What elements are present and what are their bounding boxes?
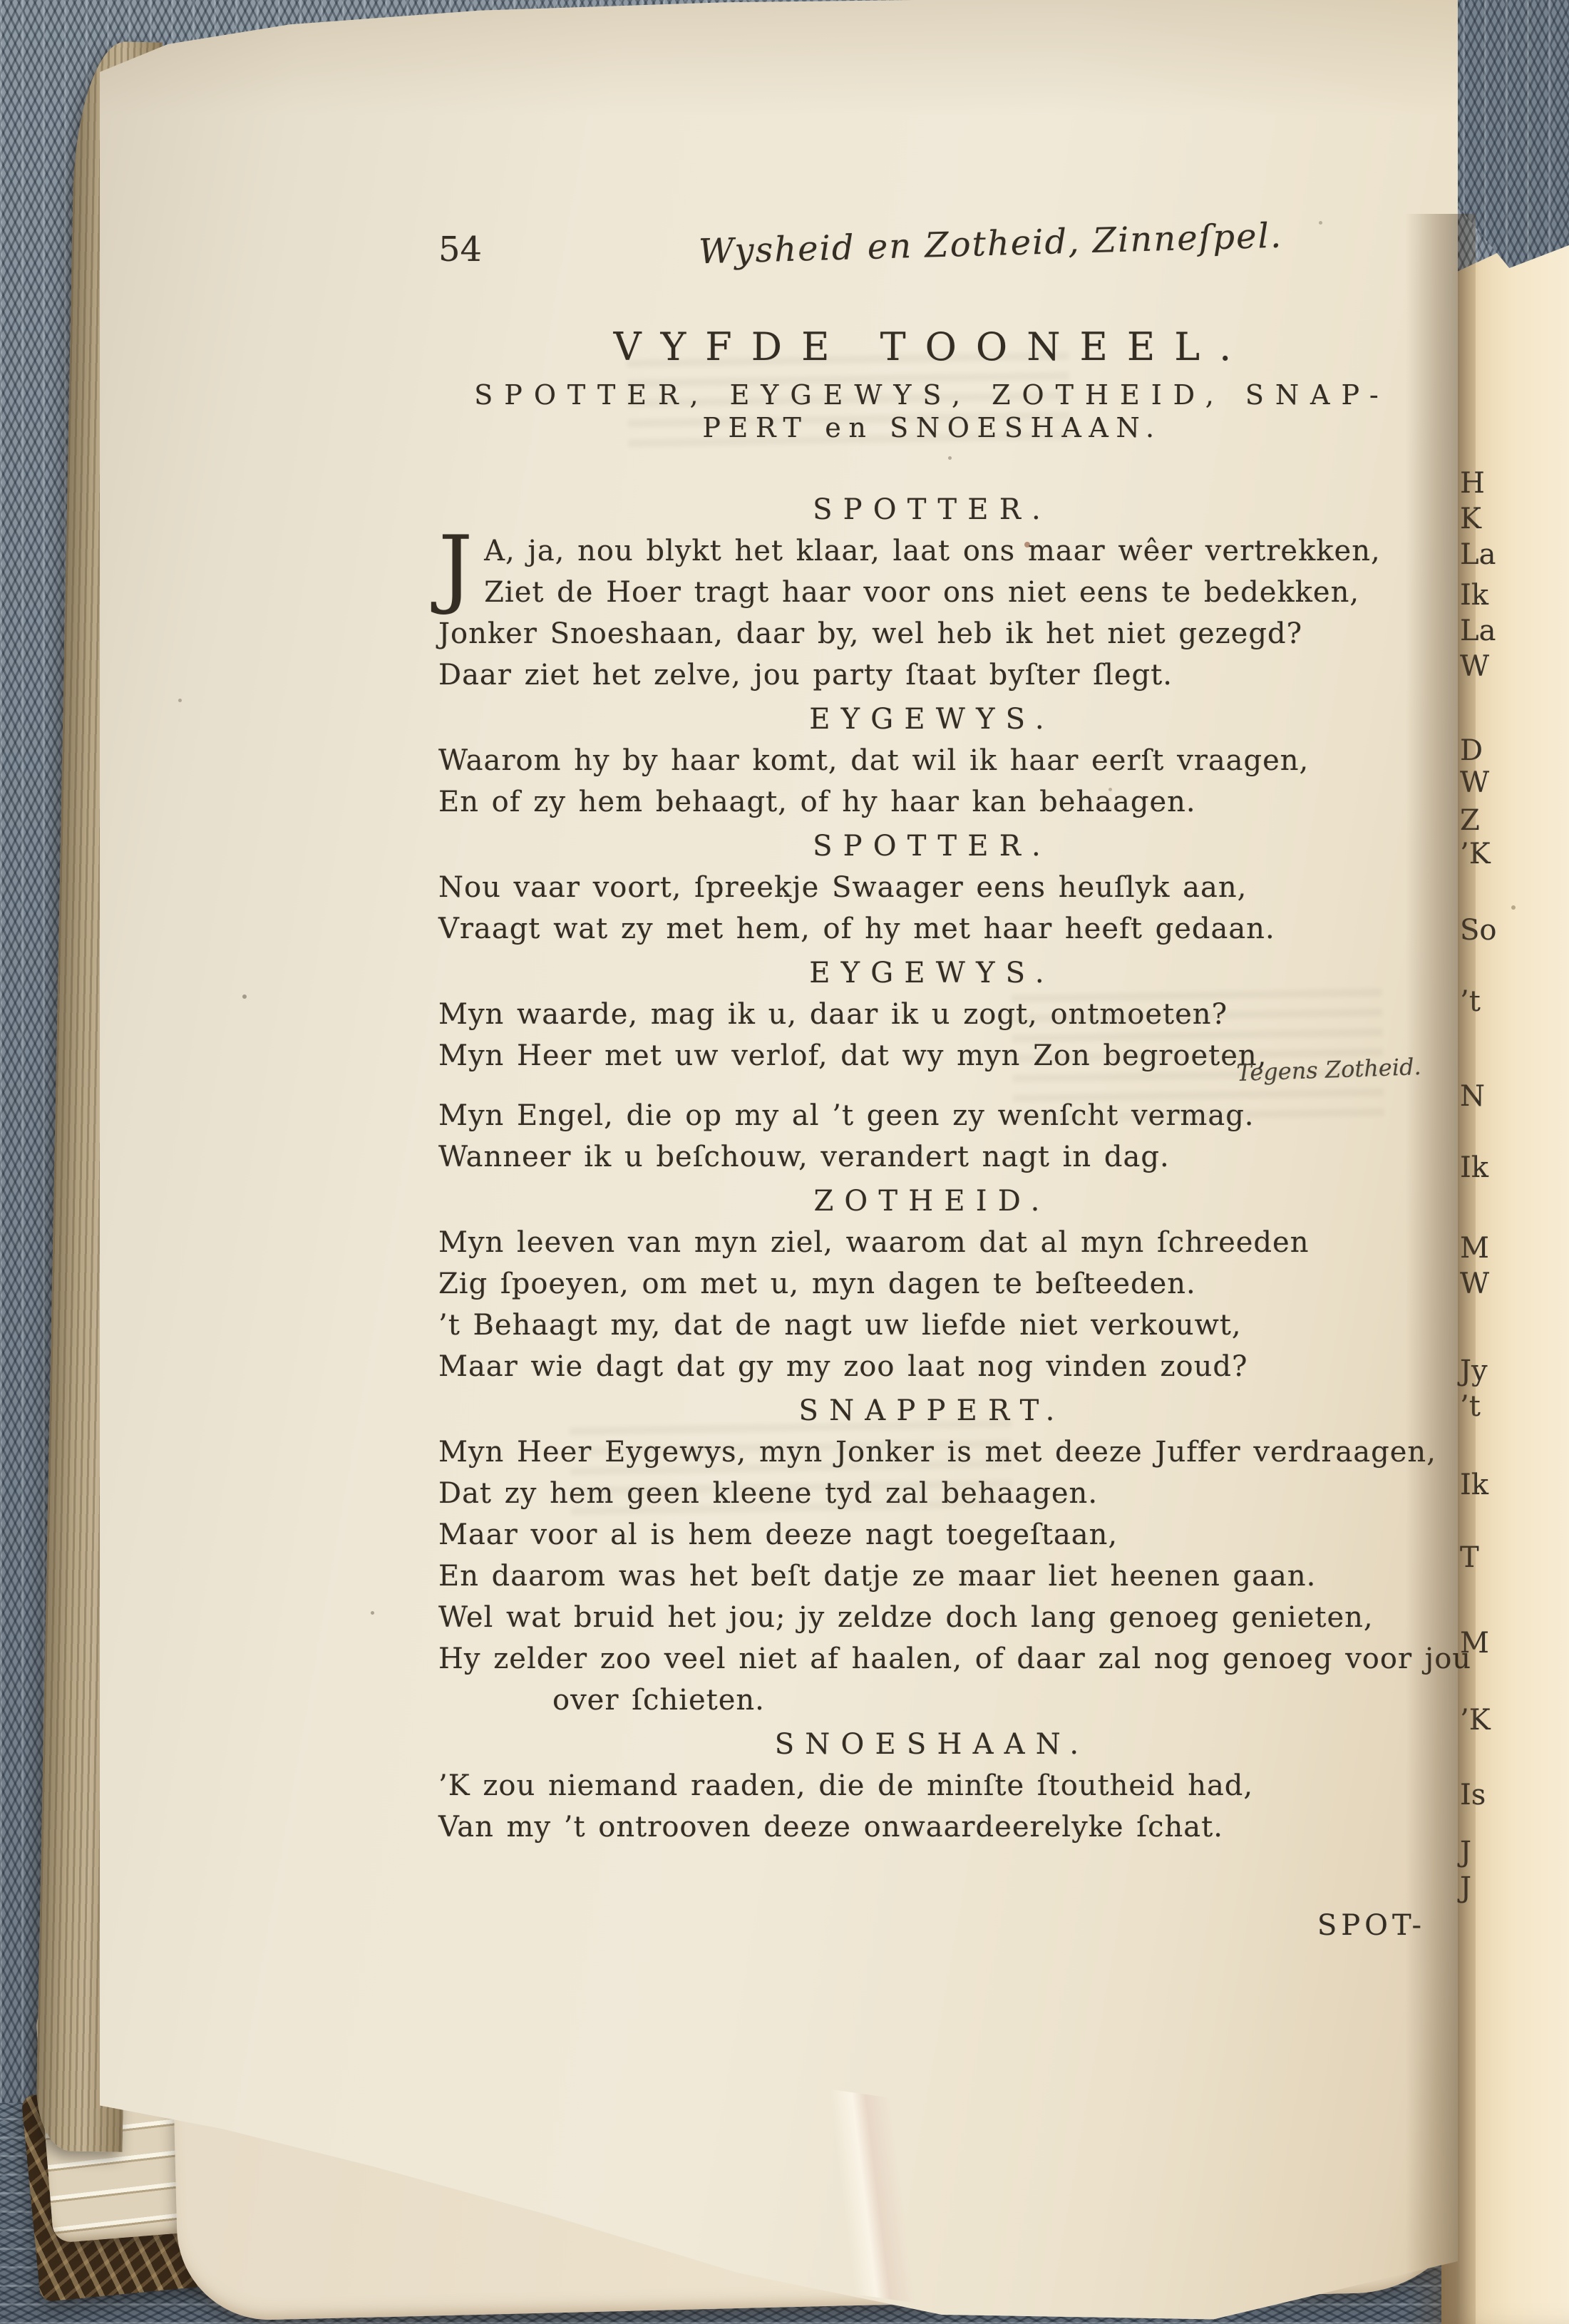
right-page-fragment: T bbox=[1460, 1541, 1479, 1574]
page-number: 54 bbox=[438, 230, 482, 269]
speech: SPOTTER.JA, ja, nou blykt het klaar, laa… bbox=[438, 489, 1426, 696]
verse-line: Dat zy hem geen kleene tyd zal behaagen. bbox=[438, 1473, 1426, 1514]
verse-line: Daar ziet het zelve, jou party ſtaat byſ… bbox=[438, 654, 1426, 696]
paper-speck bbox=[1319, 221, 1322, 225]
right-page-fragment: Ik bbox=[1460, 579, 1488, 612]
scene-heading: VYFDE TOONEEL. bbox=[438, 324, 1426, 369]
verse-line: En daarom was het beſt datje ze maar lie… bbox=[438, 1556, 1426, 1597]
right-page-fragment: ’K bbox=[1460, 838, 1491, 870]
right-page-fragment: Ik bbox=[1460, 1469, 1488, 1501]
paper-speck bbox=[948, 456, 952, 460]
verse-line: ’t Behaagt my, dat de nagt uw liefde nie… bbox=[438, 1305, 1426, 1346]
verse-line: Maar voor al is hem deeze nagt toegeſtaa… bbox=[438, 1514, 1426, 1556]
right-page-fragment: ’K bbox=[1460, 1704, 1491, 1737]
right-page-fragment: H bbox=[1460, 467, 1485, 500]
right-page-fragment: ’t bbox=[1460, 985, 1481, 1018]
text-block: 54 Wysheid en Zotheid, Zinneſpel. VYFDE … bbox=[438, 214, 1426, 1848]
right-page-fragment: So bbox=[1460, 914, 1496, 947]
dropcap-lines: JA, ja, nou blykt het klaar, laat ons ma… bbox=[438, 530, 1426, 613]
verse-line: ’K zou niemand raaden, die de minſte ſto… bbox=[438, 1765, 1426, 1806]
right-page-fragment: Jy bbox=[1460, 1354, 1488, 1387]
speaker-name: ZOTHEID. bbox=[438, 1181, 1426, 1222]
right-page-fragment: Is bbox=[1460, 1779, 1486, 1811]
speech: ZOTHEID.Myn leeven van myn ziel, waarom … bbox=[438, 1181, 1426, 1387]
right-page-fragment: W bbox=[1460, 650, 1489, 683]
speaker-name: SNOESHAAN. bbox=[438, 1724, 1426, 1765]
running-header: Wysheid en Zotheid, Zinneſpel. bbox=[698, 216, 1282, 272]
right-page-fragment: K bbox=[1460, 503, 1481, 535]
speech: SNAPPERT.Myn Heer Eygewys, myn Jonker is… bbox=[438, 1390, 1426, 1721]
speech: SPOTTER.Nou vaar voort, ſpreekje Swaager… bbox=[438, 826, 1426, 950]
verse-line: Van my ’t ontrooven deeze onwaardeerelyk… bbox=[438, 1806, 1426, 1848]
paper-crease-highlight bbox=[743, 2081, 997, 2310]
right-page-fragment: D bbox=[1460, 734, 1483, 767]
right-page-fragment: W bbox=[1460, 1268, 1489, 1300]
cast-list-line-1: SPOTTER, EYGEWYS, ZOTHEID, SNAP- bbox=[438, 379, 1426, 411]
verse-line: over ſchieten. bbox=[438, 1680, 1426, 1721]
verse-line: Vraagt wat zy met hem, of hy met haar he… bbox=[438, 908, 1426, 950]
verse-line: Ziet de Hoer tragt haar voor ons niet ee… bbox=[438, 572, 1426, 613]
paper-speck bbox=[1511, 905, 1516, 910]
verse-line: Wel wat bruid het jou; jy zeldze doch la… bbox=[438, 1597, 1426, 1638]
verse-line: Hy zelder zoo veel niet af haalen, of da… bbox=[438, 1638, 1426, 1680]
paper-speck bbox=[1108, 788, 1112, 791]
speech: EYGEWYS.Waarom hy by haar komt, dat wil … bbox=[438, 699, 1426, 823]
paper-speck bbox=[178, 699, 182, 702]
right-page-fragment: La bbox=[1460, 538, 1496, 571]
speaker-name: SNAPPERT. bbox=[438, 1390, 1426, 1431]
right-page-fragment: W bbox=[1460, 766, 1489, 799]
verse-line: Waarom hy by haar komt, dat wil ik haar … bbox=[438, 740, 1426, 781]
verse-line: Myn leeven van myn ziel, waarom dat al m… bbox=[438, 1222, 1426, 1263]
right-page-fragment: Z bbox=[1460, 804, 1480, 837]
speaker-name: EYGEWYS. bbox=[438, 699, 1426, 740]
speech: EYGEWYS.Myn waarde, mag ik u, daar ik u … bbox=[438, 952, 1426, 1178]
paper-speck bbox=[371, 1611, 374, 1615]
right-page-fragment: N bbox=[1460, 1080, 1485, 1113]
right-page-fragment: J bbox=[1460, 1871, 1471, 1904]
cast-list-line-2: PERT en SNOESHAAN. bbox=[438, 412, 1426, 443]
verse-line: Jonker Snoeshaan, daar by, wel heb ik he… bbox=[438, 613, 1426, 654]
right-page-fragment: M bbox=[1460, 1627, 1489, 1660]
right-page-fragment: La bbox=[1460, 615, 1496, 647]
verse-line: En of zy hem behaagt, of hy haar kan beh… bbox=[438, 781, 1426, 823]
catchword: SPOT- bbox=[1155, 1909, 1426, 1942]
verse-line: Zig ſpoeyen, om met u, myn dagen te beſt… bbox=[438, 1263, 1426, 1305]
book-photo: 54 Wysheid en Zotheid, Zinneſpel. VYFDE … bbox=[0, 0, 1569, 2324]
drop-cap: J bbox=[438, 530, 484, 602]
speaker-name: EYGEWYS. bbox=[438, 952, 1426, 994]
verse-line: Wanneer ik u beſchouw, verandert nagt in… bbox=[438, 1136, 1426, 1178]
right-page-fragment: J bbox=[1460, 1836, 1471, 1868]
verse-line: A, ja, nou blykt het klaar, laat ons maa… bbox=[438, 530, 1426, 572]
right-page-fragment: Ik bbox=[1460, 1151, 1488, 1184]
verse-line: Myn waarde, mag ik u, daar ik u zogt, on… bbox=[438, 994, 1426, 1035]
paper-speck bbox=[242, 994, 247, 999]
speech: SNOESHAAN.’K zou niemand raaden, die de … bbox=[438, 1724, 1426, 1848]
paper-speck bbox=[1024, 542, 1030, 547]
speaker-name: SPOTTER. bbox=[438, 826, 1426, 867]
verse-line: Maar wie dagt dat gy my zoo laat nog vin… bbox=[438, 1346, 1426, 1387]
speeches: SPOTTER.JA, ja, nou blykt het klaar, laa… bbox=[438, 489, 1426, 1848]
right-page-fragment: ’t bbox=[1460, 1390, 1481, 1423]
speaker-name: SPOTTER. bbox=[438, 489, 1426, 530]
right-page-fragment: M bbox=[1460, 1232, 1489, 1265]
verse-line: Myn Heer Eygewys, myn Jonker is met deez… bbox=[438, 1431, 1426, 1473]
verse-line: Nou vaar voort, ſpreekje Swaager eens he… bbox=[438, 867, 1426, 908]
